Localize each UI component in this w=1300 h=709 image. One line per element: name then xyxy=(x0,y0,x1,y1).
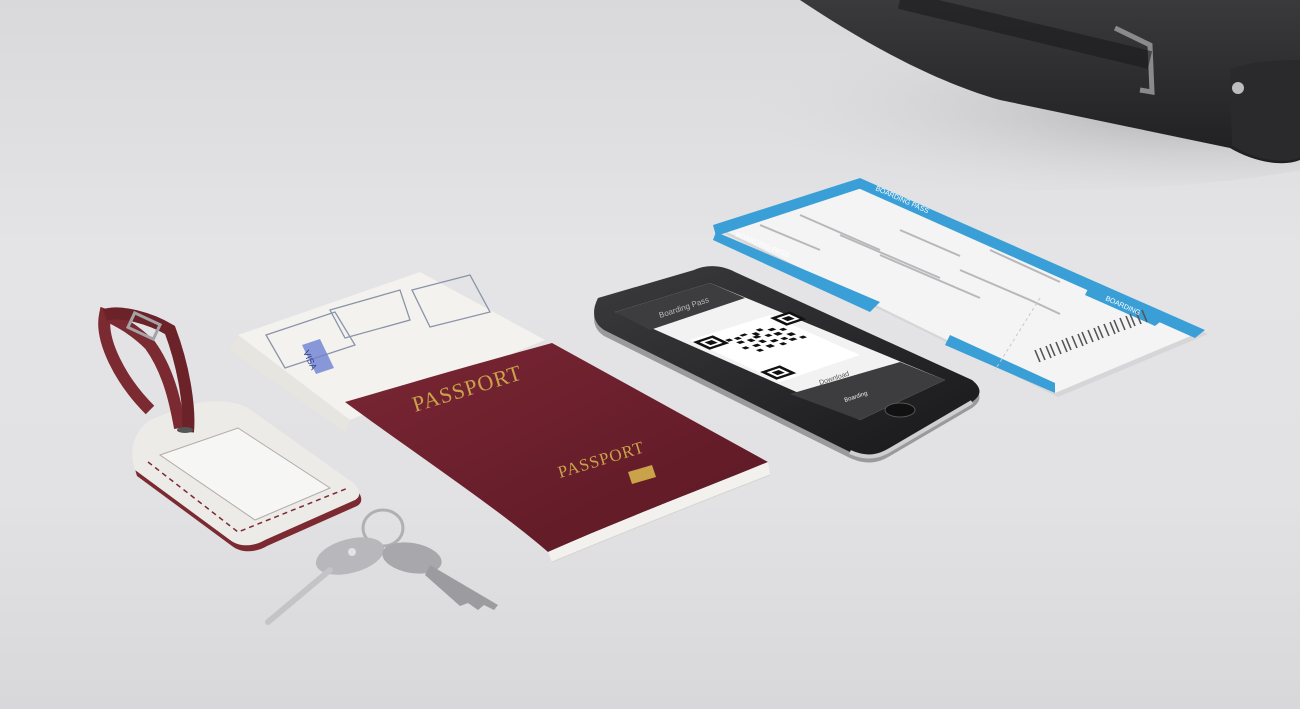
keys xyxy=(0,0,1300,709)
key-icon xyxy=(0,0,1300,709)
